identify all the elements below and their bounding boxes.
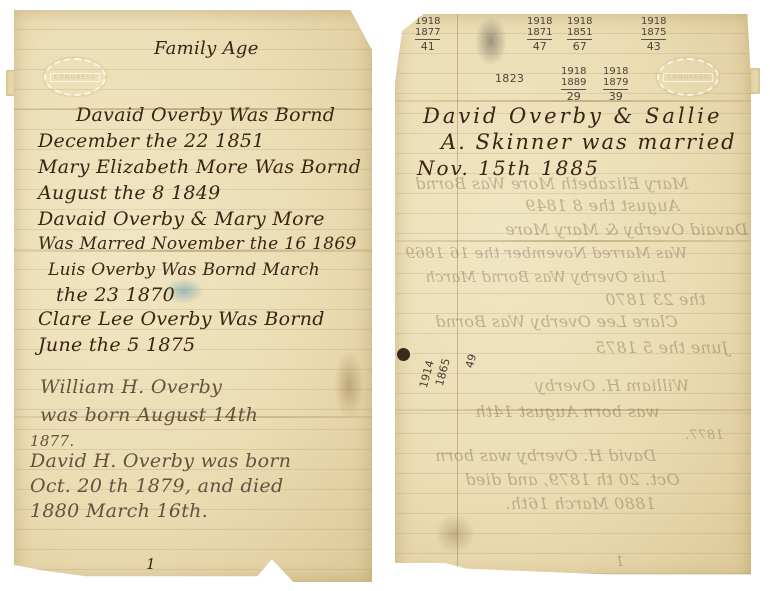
entry-line: was born August 14th [40,404,258,426]
bleed-through-page-number: 1 [615,554,624,570]
entry-line: A. Skinner was married [441,130,737,154]
bleed-through-line: the 23 1870 [605,290,706,309]
right-page: CONGRESS 1918 1877 41 1918 1871 47 1918 … [395,14,751,580]
pencil-calculation: 1918 1889 29 [561,66,586,102]
entry-line: Mary Elizabeth More Was Bornd [38,156,361,178]
page-heading: Family Age [154,38,259,59]
bleed-through-line: Oct. 20 th 1879, and died [465,470,680,489]
bleed-through-line: Luis Overby Was Bornd March [425,268,666,286]
pencil-calculation: 1918 1875 43 [641,16,666,52]
pencil-calculation: 1918 1871 47 [527,16,552,52]
bleed-through-line: 1880 March 16th. [505,494,656,513]
entry-line: Was Marred November the 16 1869 [38,234,357,254]
entry-line: William H. Overby [40,376,222,398]
emboss-text: CONGRESS [663,73,713,82]
side-calculation-top: 1914 [417,359,437,389]
entry-line: June the 5 1875 [38,334,196,356]
bleed-through-line: August the 8 1849 [525,196,680,215]
ink-blot [397,348,410,361]
embossed-seal: CONGRESS [44,58,106,96]
entry-line: August the 8 1849 [38,182,221,204]
brown-stain [334,350,364,420]
bleed-through-line: Was Marred November the 16 1869 [405,244,687,262]
bleed-through-line: William H. Overby [535,376,689,395]
scribble-mark [475,16,507,66]
pencil-calculation: 1918 1877 41 [415,16,440,52]
left-page: CONGRESS Family Age Davaid Overby Was Bo… [14,10,372,582]
bleed-through-line: Davaid Overby & Mary More [505,220,748,239]
bleed-through-line: Mary Elizabeth More Was Bornd [415,174,689,193]
entry-line: the 23 1870 [56,284,175,306]
entry-line: 1877. [30,432,74,450]
entry-line: David Overby & Sallie [423,104,722,128]
margin-line [457,14,458,580]
bleed-through-line: June the 5 1875 [595,338,728,357]
bleed-through-line: was born August 14th [475,402,660,421]
entry-line: December the 22 1851 [38,130,265,152]
pencil-calculation: 1918 1879 39 [603,66,628,102]
bleed-through-line: David H. Overby was born [435,446,656,465]
entry-line: David H. Overby was born [30,450,291,472]
pencil-calculation: 1918 1851 67 [567,16,592,52]
entry-line: Luis Overby Was Bornd March [48,260,320,280]
entry-line: 1880 March 16th. [30,500,208,522]
bleed-through-line: Clare Lee Overby Was Bornd [435,312,678,331]
entry-line: Oct. 20 th 1879, and died [30,475,283,497]
brown-stain [435,514,475,554]
entry-line: Davaid Overby Was Bornd [76,104,335,126]
pencil-note: 1823 [495,72,524,85]
entry-line: Clare Lee Overby Was Bornd [38,308,325,330]
side-calculation-result: 49 [463,352,479,369]
bleed-through-line: 1877. [685,428,724,443]
emboss-text: CONGRESS [50,73,100,82]
embossed-seal: CONGRESS [657,58,719,96]
fold-line [395,240,751,242]
paper-tab-right [750,68,760,94]
entry-line: Davaid Overby & Mary More [38,208,325,230]
page-number: 1 [146,555,156,573]
